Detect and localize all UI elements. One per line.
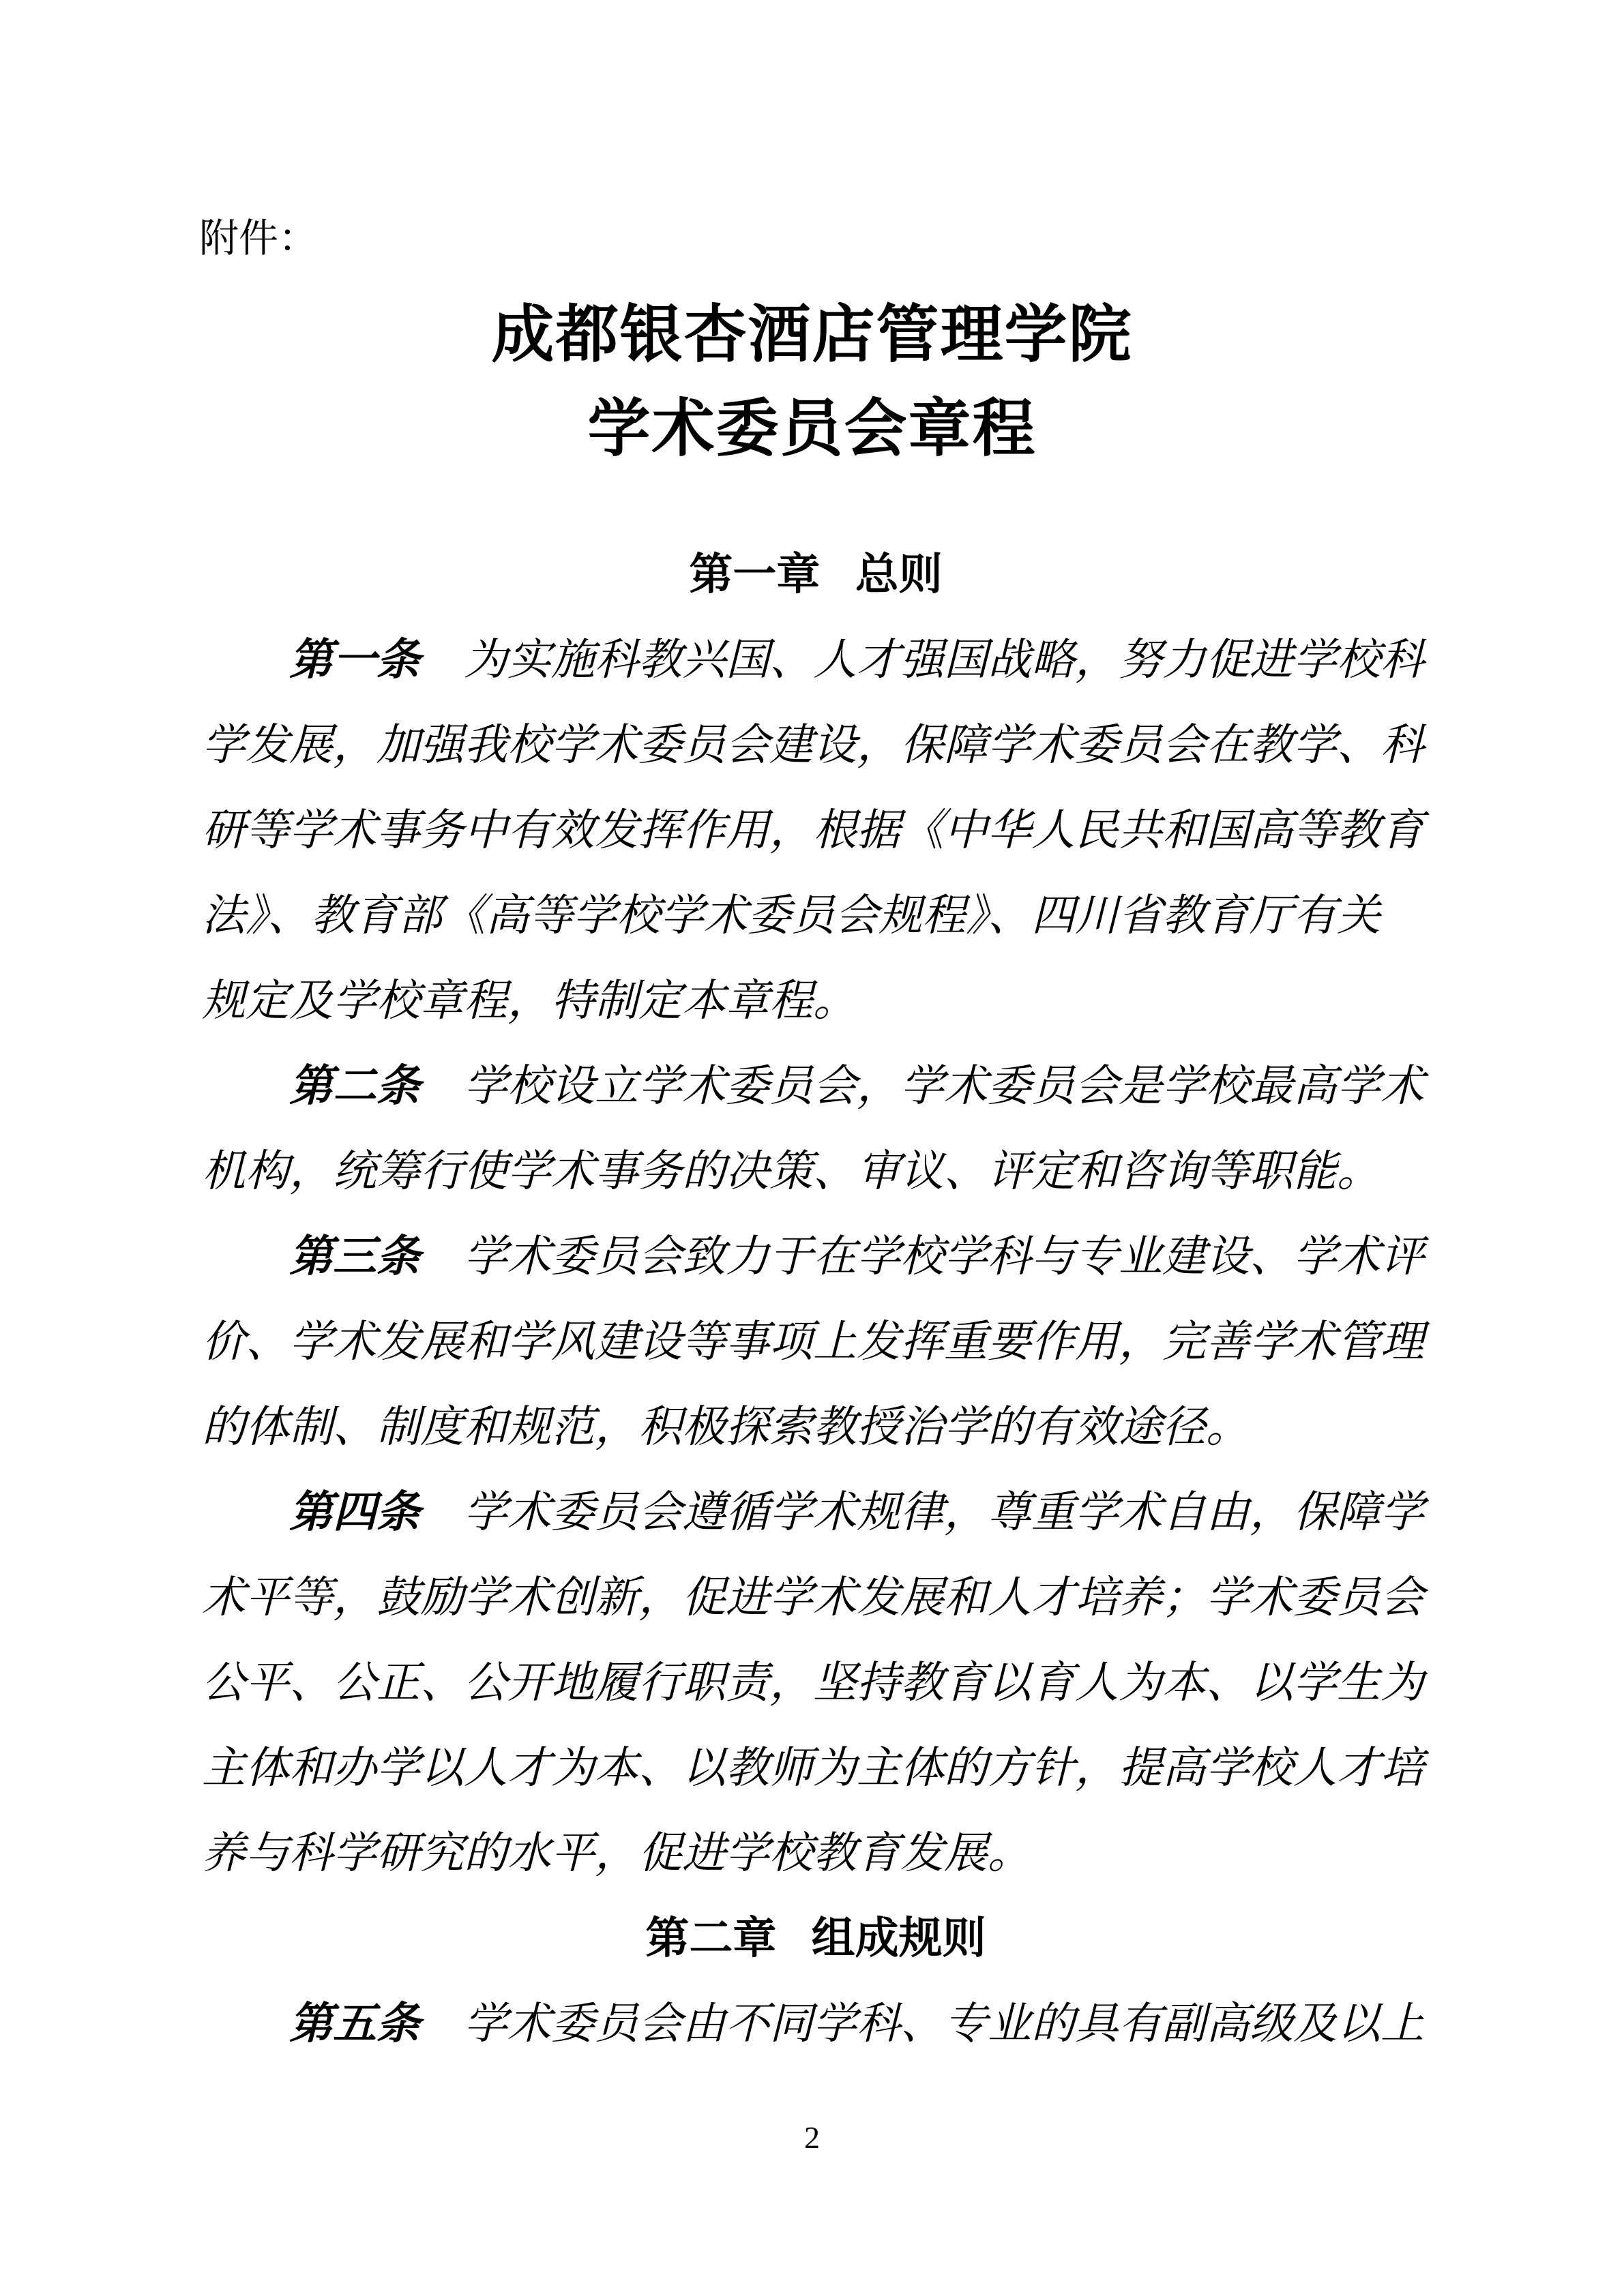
article-4-label: 第四条 bbox=[289, 1488, 420, 1536]
article-1-first-text: 为实施科教兴国、人才强国战略，努力促进学校科 bbox=[464, 636, 1424, 684]
article-2-first-text: 学校设立学术委员会，学术委员会是学校最高学术 bbox=[464, 1062, 1424, 1110]
article-4-line-3: 公平、公正、公开地履行职责，坚持教育以育人为本、以学生为 bbox=[202, 1640, 1430, 1725]
article-5-first-text: 学术委员会由不同学科、专业的具有副高级及以上 bbox=[464, 1999, 1424, 2048]
chapter-2-name: 组成规则 bbox=[812, 1913, 986, 1963]
article-5-line-1: 第五条学术委员会由不同学科、专业的具有副高级及以上 bbox=[202, 1981, 1430, 2066]
chapter-1-name: 总则 bbox=[855, 550, 943, 599]
article-2-line-2: 机构，统筹行使学术事务的决策、审议、评定和咨询等职能。 bbox=[202, 1129, 1430, 1214]
article-1-label: 第一条 bbox=[289, 636, 420, 684]
article-2-line-1: 第二条学校设立学术委员会，学术委员会是学校最高学术 bbox=[202, 1043, 1430, 1129]
article-3-label: 第三条 bbox=[289, 1232, 420, 1281]
document-page: 附件： 成都银杏酒店管理学院 学术委员会章程 第一章总则 第一条为实施科教兴国、… bbox=[0, 0, 1624, 2296]
article-1-line-2: 学发展，加强我校学术委员会建设，保障学术委员会在教学、科 bbox=[202, 702, 1430, 788]
chapter-2-number: 第二章 bbox=[645, 1913, 776, 1963]
article-1-line-3: 研等学术事务中有效发挥作用，根据《中华人民共和国高等教育 bbox=[202, 788, 1430, 873]
article-3-line-1: 第三条学术委员会致力于在学校学科与专业建设、学术评 bbox=[202, 1214, 1430, 1299]
title-line-1: 成都银杏酒店管理学院 bbox=[0, 288, 1624, 382]
page-number: 2 bbox=[0, 2117, 1624, 2158]
document-body: 第一章总则 第一条为实施科教兴国、人才强国战略，努力促进学校科 学发展，加强我校… bbox=[202, 532, 1430, 2066]
chapter-1-heading: 第一章总则 bbox=[202, 532, 1430, 617]
title-line-2: 学术委员会章程 bbox=[0, 382, 1624, 476]
article-3-line-2: 价、学术发展和学风建设等事项上发挥重要作用，完善学术管理 bbox=[202, 1299, 1430, 1384]
article-3-line-3: 的体制、制度和规范，积极探索教授治学的有效途径。 bbox=[202, 1384, 1430, 1470]
article-1-line-5: 规定及学校章程，特制定本章程。 bbox=[202, 958, 1430, 1043]
article-4-line-4: 主体和办学以人才为本、以教师为主体的方针，提高学校人才培 bbox=[202, 1725, 1430, 1810]
article-4-line-2: 术平等，鼓励学术创新，促进学术发展和人才培养；学术委员会 bbox=[202, 1555, 1430, 1640]
document-title: 成都银杏酒店管理学院 学术委员会章程 bbox=[0, 288, 1624, 476]
article-1-line-4: 法》、教育部《高等学校学术委员会规程》、四川省教育厅有关 bbox=[202, 873, 1430, 958]
attachment-label: 附件： bbox=[199, 196, 318, 281]
article-2-label: 第二条 bbox=[289, 1062, 420, 1110]
article-4-line-5: 养与科学研究的水平，促进学校教育发展。 bbox=[202, 1810, 1430, 1896]
article-1-line-1: 第一条为实施科教兴国、人才强国战略，努力促进学校科 bbox=[202, 617, 1430, 702]
article-5-label: 第五条 bbox=[289, 1999, 420, 2048]
article-4-line-1: 第四条学术委员会遵循学术规律，尊重学术自由，保障学 bbox=[202, 1470, 1430, 1555]
article-3-first-text: 学术委员会致力于在学校学科与专业建设、学术评 bbox=[464, 1232, 1424, 1281]
article-4-first-text: 学术委员会遵循学术规律，尊重学术自由，保障学 bbox=[464, 1488, 1424, 1536]
chapter-1-number: 第一章 bbox=[689, 550, 820, 599]
chapter-2-heading: 第二章组成规则 bbox=[202, 1896, 1430, 1981]
